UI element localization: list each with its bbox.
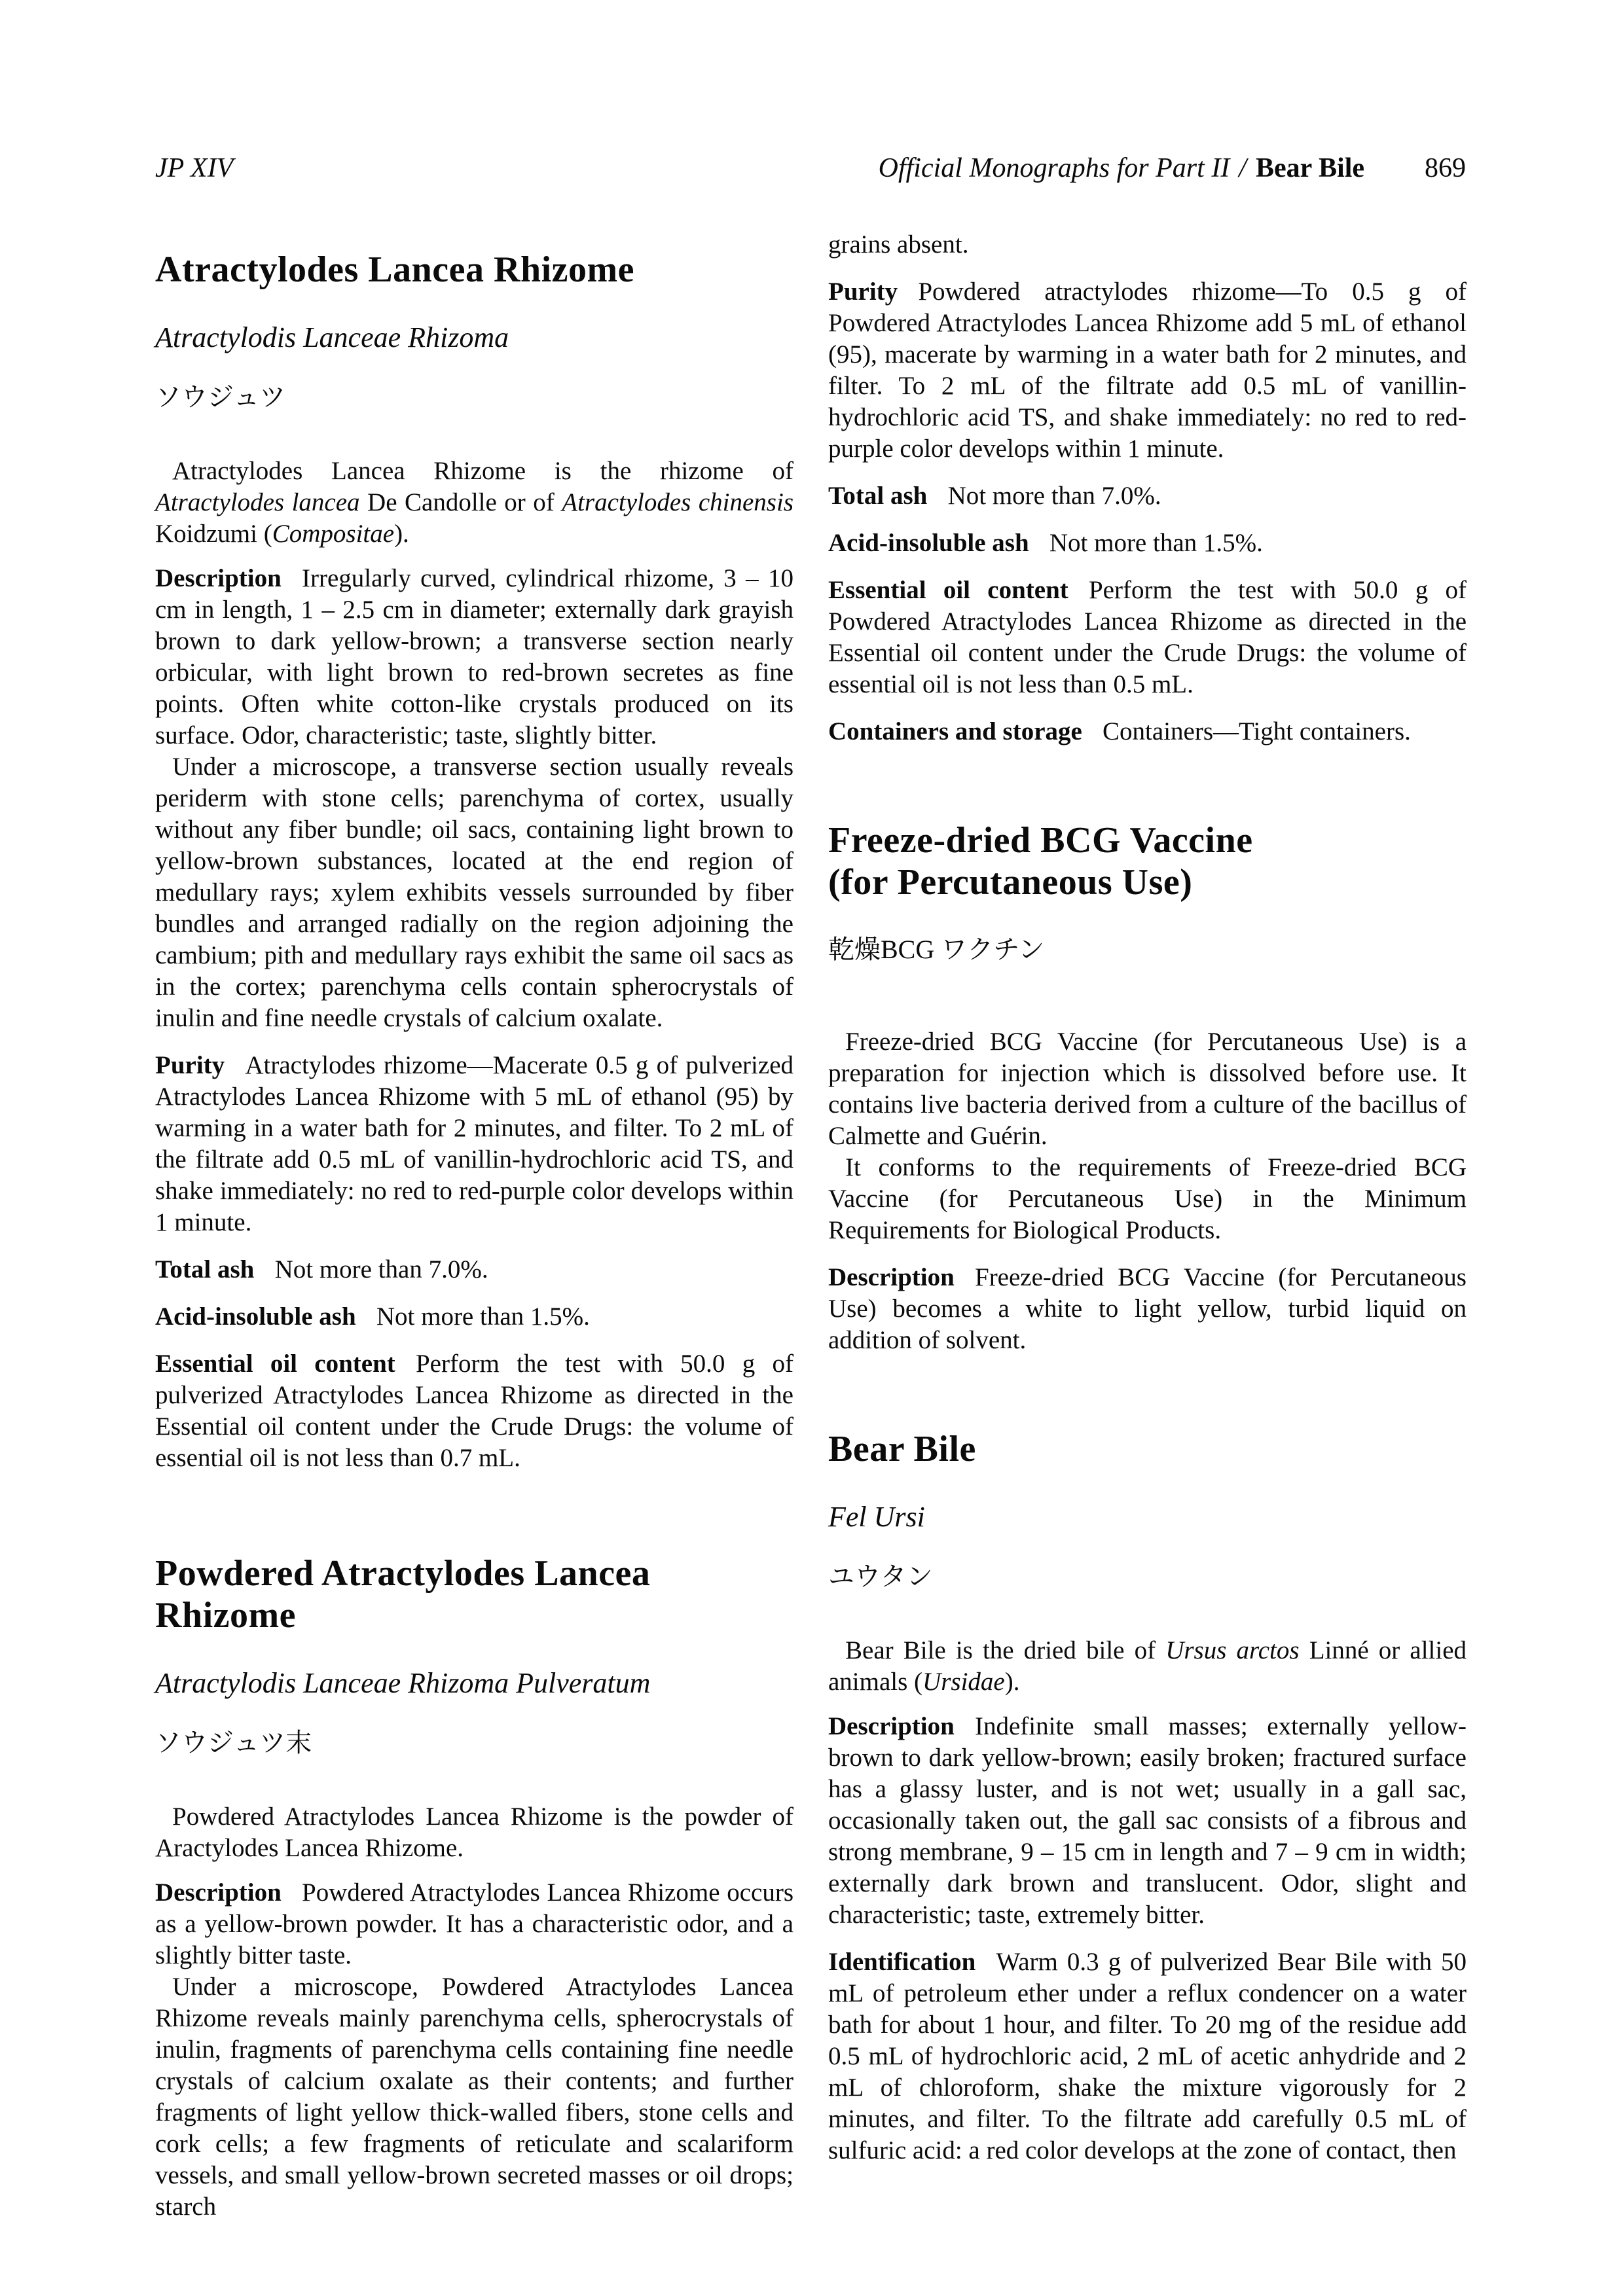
description-text: Indefinite small masses; externally yell…	[828, 1712, 1467, 1929]
section-label: Total ash	[155, 1255, 254, 1283]
section-label: Total ash	[828, 482, 927, 510]
paragraph-intro: Atractylodes Lancea Rhizome is the rhizo…	[155, 456, 793, 550]
identification-text: Warm 0.3 g of pulverized Bear Bile with …	[828, 1948, 1467, 2164]
microscope-text: Under a microscope, Powdered Atractylode…	[155, 1973, 793, 2221]
page-number: 869	[1425, 153, 1466, 183]
section-label: Description	[828, 1263, 955, 1291]
monograph-title-freeze-dried-bcg-vaccine: Freeze-dried BCG Vaccine(for Percutaneou…	[828, 819, 1467, 903]
conforms-text: It conforms to the requirements of Freez…	[828, 1153, 1467, 1244]
intro-text: Freeze-dried BCG Vaccine (for Percutaneo…	[828, 1028, 1467, 1150]
section-label: Description	[155, 1878, 282, 1907]
title-line: (for Percutaneous Use)	[828, 861, 1467, 903]
paragraph-description: DescriptionPowdered Atractylodes Lancea …	[155, 1877, 793, 1971]
monograph-title-bear-bile: Bear Bile	[828, 1428, 1467, 1470]
running-head-separator: /	[1230, 153, 1256, 183]
monograph-title-atractylodes-lancea-rhizome: Atractylodes Lancea Rhizome	[155, 249, 793, 291]
total-ash-text: Not more than 7.0%.	[275, 1255, 488, 1283]
paragraph-purity: PurityPowdered atractylodes rhizome—To 0…	[828, 276, 1467, 465]
running-section: Bear Bile	[1256, 153, 1364, 183]
section-label: Purity	[155, 1051, 225, 1079]
intro-text: Powdered Atractylodes Lancea Rhizome is …	[155, 1803, 793, 1862]
title-line: Freeze-dried BCG Vaccine	[828, 819, 1467, 861]
column-right: grains absent. PurityPowdered atractylod…	[828, 223, 1467, 2223]
section-label: Description	[828, 1712, 955, 1740]
paragraph-microscope: Under a microscope, a transverse section…	[155, 751, 793, 1034]
japanese-name: ソウジュツ	[155, 381, 793, 414]
title-line: Rhizome	[155, 1594, 793, 1636]
running-title: Official Monographs for Part II	[879, 153, 1230, 183]
section-label: Identification	[828, 1948, 976, 1976]
section-label: Acid-insoluble ash	[155, 1302, 356, 1331]
edition-label: JP XIV	[155, 153, 233, 183]
running-head: JP XIV Official Monographs for Part II/B…	[155, 153, 1466, 183]
section-label: Essential oil content	[155, 1350, 395, 1378]
acid-ash-text: Not more than 1.5%.	[376, 1302, 590, 1331]
title-line: Powdered Atractylodes Lancea	[155, 1552, 793, 1594]
monograph-title-powdered-atractylodes: Powdered Atractylodes LanceaRhizome	[155, 1552, 793, 1636]
section-label: Containers and storage	[828, 717, 1082, 745]
containers-text: Containers—Tight containers.	[1103, 717, 1411, 745]
paragraph-intro: Bear Bile is the dried bile of Ursus arc…	[828, 1635, 1467, 1698]
two-column-body: Atractylodes Lancea Rhizome Atractylodis…	[155, 223, 1467, 2223]
acid-ash-text: Not more than 1.5%.	[1049, 529, 1263, 557]
latin-name: Atractylodis Lanceae Rhizoma Pulveratum	[155, 1666, 793, 1700]
paragraph-essential-oil: Essential oil contentPerform the test wi…	[828, 575, 1467, 700]
purity-text: Powdered atractylodes rhizome—To 0.5 g o…	[828, 278, 1467, 463]
japanese-name: ソウジュツ末	[155, 1727, 793, 1759]
latin-name: Fel Ursi	[828, 1500, 1467, 1534]
paragraph-essential-oil: Essential oil contentPerform the test wi…	[155, 1348, 793, 1474]
intro-text: Atractylodes Lancea Rhizome is the rhizo…	[155, 457, 793, 548]
purity-text: Atractylodes rhizome—Macerate 0.5 g of p…	[155, 1051, 793, 1236]
scanned-document-page: JP XIV Official Monographs for Part II/B…	[0, 0, 1623, 2296]
paragraph-description: DescriptionIrregularly curved, cylindric…	[155, 563, 793, 751]
microscope-text: Under a microscope, a transverse section…	[155, 753, 793, 1032]
paragraph-conforms: It conforms to the requirements of Freez…	[828, 1152, 1467, 1246]
column-left: Atractylodes Lancea Rhizome Atractylodis…	[155, 223, 793, 2223]
paragraph-acid-insoluble-ash: Acid-insoluble ashNot more than 1.5%.	[828, 528, 1467, 559]
paragraph-total-ash: Total ashNot more than 7.0%.	[828, 480, 1467, 512]
paragraph-purity: PurityAtractylodes rhizome—Macerate 0.5 …	[155, 1050, 793, 1238]
paragraph-continuation: grains absent.	[828, 229, 1467, 260]
section-label: Acid-insoluble ash	[828, 529, 1029, 557]
section-label: Essential oil content	[828, 576, 1068, 604]
section-label: Description	[155, 564, 282, 592]
paragraph-intro: Powdered Atractylodes Lancea Rhizome is …	[155, 1801, 793, 1864]
paragraph-containers-storage: Containers and storageContainers—Tight c…	[828, 716, 1467, 747]
running-head-right: Official Monographs for Part II/Bear Bil…	[879, 153, 1466, 183]
paragraph-acid-insoluble-ash: Acid-insoluble ashNot more than 1.5%.	[155, 1301, 793, 1333]
japanese-name: 乾燥BCG ワクチン	[828, 933, 1467, 966]
paragraph-identification: IdentificationWarm 0.3 g of pulverized B…	[828, 1946, 1467, 2166]
paragraph-intro: Freeze-dried BCG Vaccine (for Percutaneo…	[828, 1026, 1467, 1152]
intro-text: Bear Bile is the dried bile of Ursus arc…	[828, 1636, 1467, 1696]
paragraph-description: DescriptionIndefinite small masses; exte…	[828, 1711, 1467, 1931]
paragraph-total-ash: Total ashNot more than 7.0%.	[155, 1254, 793, 1285]
japanese-name: ユウタン	[828, 1560, 1467, 1593]
paragraph-microscope: Under a microscope, Powdered Atractylode…	[155, 1971, 793, 2223]
latin-name: Atractylodis Lanceae Rhizoma	[155, 321, 793, 355]
total-ash-text: Not more than 7.0%.	[948, 482, 1161, 510]
section-label: Purity	[828, 278, 898, 306]
paragraph-description: DescriptionFreeze-dried BCG Vaccine (for…	[828, 1262, 1467, 1356]
